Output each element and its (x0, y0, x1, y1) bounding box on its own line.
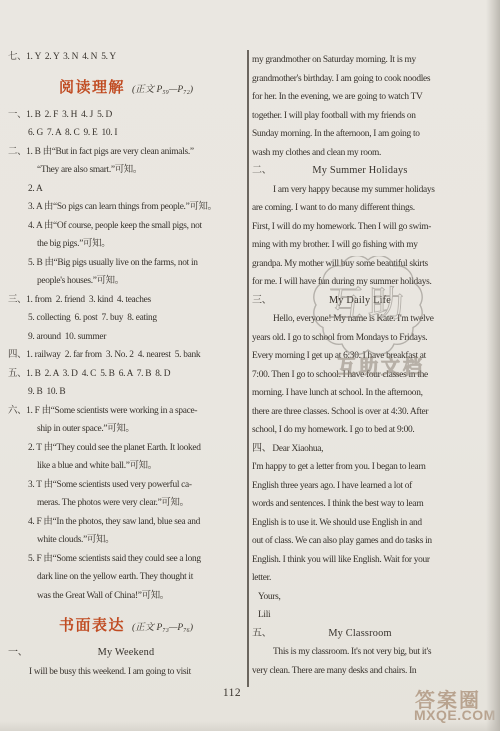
text-line: my grandmother on Saturday morning. It i… (252, 51, 468, 70)
answer-line: 5. collecting 6. post 7. buy 8. eating (8, 309, 244, 328)
text-line: 2. A (8, 180, 244, 199)
text-line: I'm happy to get a letter from you. I be… (252, 458, 468, 477)
answer-line: 9. B 10. B (8, 383, 244, 402)
text-line: for her. In the evening, we are going to… (252, 88, 468, 107)
section-heading: 阅读理解 (59, 80, 125, 96)
cloud-stamp-watermark: 互助 (312, 256, 424, 356)
section-heading: 书面表达 (59, 618, 125, 634)
item-marker: 二、 (252, 162, 271, 181)
text-line: 4. F 由“In the photos, they saw land, blu… (8, 513, 244, 532)
text-line: wash my clothes and clean my room. (252, 144, 468, 163)
text-line: 3. A 由“So pigs can learn things from peo… (8, 198, 244, 217)
textbook-page-ref: (正文 P₅₉—P₇₂) (132, 85, 193, 95)
text-line: school, I do my homework. I go to bed at… (252, 421, 468, 440)
text-line: ming with my brother. I will go fishing … (252, 236, 468, 255)
text-line: Sunday morning. In the afternoon, I am g… (252, 125, 468, 144)
essay-title-row: 一、My Weekend (8, 644, 244, 663)
left-answer-column: 七、1. Y 2. Y 3. N 4. N 5. Y阅读理解(正文 P₅₉—P₇… (8, 48, 244, 681)
text-line: 5. F 由“Some scientists said they could s… (8, 550, 244, 569)
text-line: English. I think you will like English. … (252, 551, 468, 570)
text-line: Lili (252, 606, 468, 625)
text-line: was the Great Wall of China!”可知。 (8, 587, 244, 606)
text-line: people's houses.”可知。 (8, 272, 244, 291)
text-line: First, I will do my homework. Then I wil… (252, 218, 468, 237)
text-line: English is to use it. We should use Engl… (252, 514, 468, 533)
text-line: “They are also smart.”可知。 (8, 161, 244, 180)
essay-title: My Weekend (98, 647, 155, 658)
textbook-page-ref: (正文 P₇₃—P₇₆) (132, 623, 193, 633)
text-line: Yours, (252, 588, 468, 607)
text-line: together. I will play football with my f… (252, 107, 468, 126)
text-line: ship in outer space.”可知。 (8, 420, 244, 439)
essay-title-row: 二、My Summer Holidays (252, 162, 468, 181)
section-heading-row: 书面表达(正文 P₇₃—P₇₆) (8, 613, 244, 639)
column-divider (247, 50, 249, 687)
text-line: English three years ago. I have learned … (252, 477, 468, 496)
text-line: morning. I have lunch at school. In the … (252, 384, 468, 403)
answer-line: 6. G 7. A 8. C 9. E 10. I (8, 124, 244, 143)
text-line: the big pigs.”可知。 (8, 235, 244, 254)
item-marker: 一、 (8, 644, 27, 663)
answer-line: 9. around 10. summer (8, 328, 244, 347)
text-line: are coming. I want to do many different … (252, 199, 468, 218)
text-line: like a blue and white ball.”可知。 (8, 457, 244, 476)
item-marker: 三、 (252, 292, 271, 311)
text-line: grandmother's birthday. I am going to co… (252, 70, 468, 89)
page-number: 112 (218, 687, 246, 699)
text-line: there are three classes. School is over … (252, 403, 468, 422)
stamp-text: 互助 (328, 284, 408, 324)
answer-line: 五、1. B 2. A 3. D 4. C 5. B 6. A 7. B 8. … (8, 365, 244, 384)
answer-line: 四、1. railway 2. far from 3. No. 2 4. nea… (8, 346, 244, 365)
text-line: I will be busy this weekend. I am going … (8, 663, 244, 682)
text-line: 4. A 由“Of course, people keep the small … (8, 217, 244, 236)
essay-title: My Classroom (328, 628, 391, 639)
text-line: 二、1. B 由“But in fact pigs are very clean… (8, 143, 244, 162)
answer-line: 一、1. B 2. F 3. H 4. J 5. D (8, 106, 244, 125)
text-line: very clean. There are many desks and cha… (252, 662, 468, 681)
text-line: dark line on the yellow earth. They thou… (8, 568, 244, 587)
item-marker: 四、 (252, 443, 271, 454)
stamp-subtext-watermark: 互助文档 (337, 352, 425, 379)
text-line: 3. T 由“Some scientists used very powerfu… (8, 476, 244, 495)
text-line: letter. (252, 569, 468, 588)
letter-salutation-row: 四、Dear Xiaohua, (252, 440, 468, 459)
text-line: out of class. We can also play games and… (252, 532, 468, 551)
essay-title: My Summer Holidays (312, 165, 407, 176)
text-line: white clouds.”可知。 (8, 531, 244, 550)
text-line: meras. The photos were very clear.”可知。 (8, 494, 244, 513)
text-line: This is my classroom. It's not very big,… (252, 643, 468, 662)
text-line: I am very happy because my summer holida… (252, 181, 468, 200)
text-line: 六、1. F 由“Some scientists were working in… (8, 402, 244, 421)
scanned-answer-page: 七、1. Y 2. Y 3. N 4. N 5. Y阅读理解(正文 P₅₉—P₇… (0, 0, 500, 731)
answer-line: 三、1. from 2. friend 3. kind 4. teaches (8, 291, 244, 310)
text-line: 2. T 由“They could see the planet Earth. … (8, 439, 244, 458)
brand-site-watermark: MXQE.COM (414, 707, 496, 723)
answer-line: 七、1. Y 2. Y 3. N 4. N 5. Y (8, 48, 244, 67)
essay-title-row: 五、My Classroom (252, 625, 468, 644)
item-marker: 五、 (252, 625, 271, 644)
page-edge-shading (486, 0, 500, 731)
section-heading-row: 阅读理解(正文 P₅₉—P₇₂) (8, 75, 244, 101)
text-line: words and sentences. I think the best wa… (252, 495, 468, 514)
text-line: 5. B 由“Big pigs usually live on the farm… (8, 254, 244, 273)
